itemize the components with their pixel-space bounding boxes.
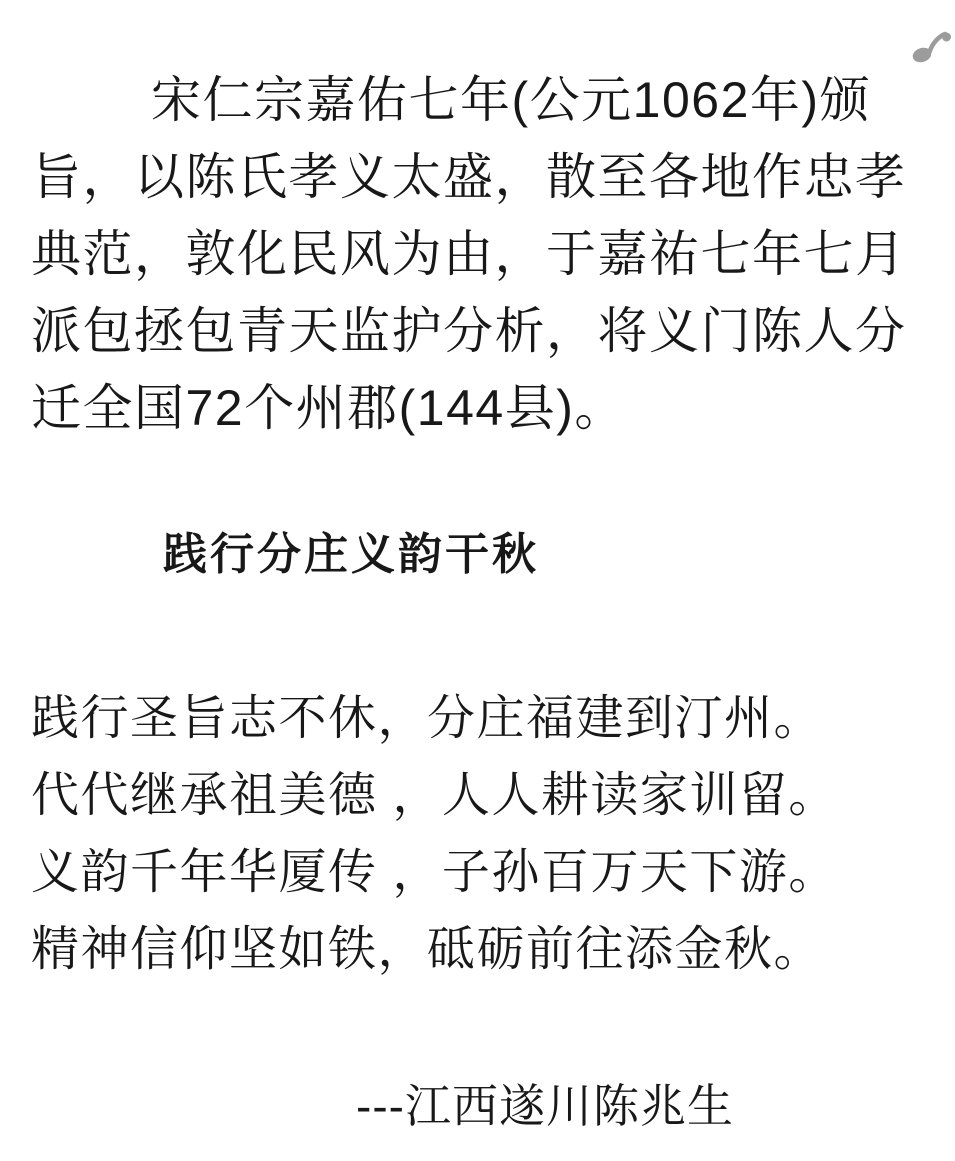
- edict-paragraph-line: 典范，敦化民风为由，于嘉祐七年七月: [31, 216, 921, 293]
- document-page: 宋仁宗嘉佑七年(公元1062年)颁 旨，以陈氏孝义太盛，散至各地作忠孝 典范，敦…: [0, 0, 955, 1161]
- edict-paragraph: 宋仁宗嘉佑七年(公元1062年)颁 旨，以陈氏孝义太盛，散至各地作忠孝 典范，敦…: [31, 62, 921, 447]
- author-signature: ---江西遂川陈兆生: [356, 1080, 734, 1132]
- poem-line: 代代继承祖美德 ，人人耕读家训留。: [31, 757, 838, 834]
- poem-line: 精神信仰坚如铁，砥砺前往添金秋。: [31, 911, 838, 988]
- edict-paragraph-line: 旨，以陈氏孝义太盛，散至各地作忠孝: [31, 139, 921, 216]
- music-note-icon: [901, 24, 951, 66]
- edict-paragraph-line: 迁全国72个州郡(144县)。: [31, 370, 921, 447]
- edict-paragraph-line: 派包拯包青天监护分析，将义门陈人分: [31, 293, 921, 370]
- poem-body: 践行圣旨志不休，分庄福建到汀州。 代代继承祖美德 ，人人耕读家训留。 义韵千年华…: [31, 680, 838, 988]
- poem-title: 践行分庄义韵干秋: [163, 530, 539, 580]
- edict-paragraph-line: 宋仁宗嘉佑七年(公元1062年)颁: [31, 62, 921, 139]
- poem-line: 义韵千年华厦传 ，子孙百万天下游。: [31, 834, 838, 911]
- poem-line: 践行圣旨志不休，分庄福建到汀州。: [31, 680, 838, 757]
